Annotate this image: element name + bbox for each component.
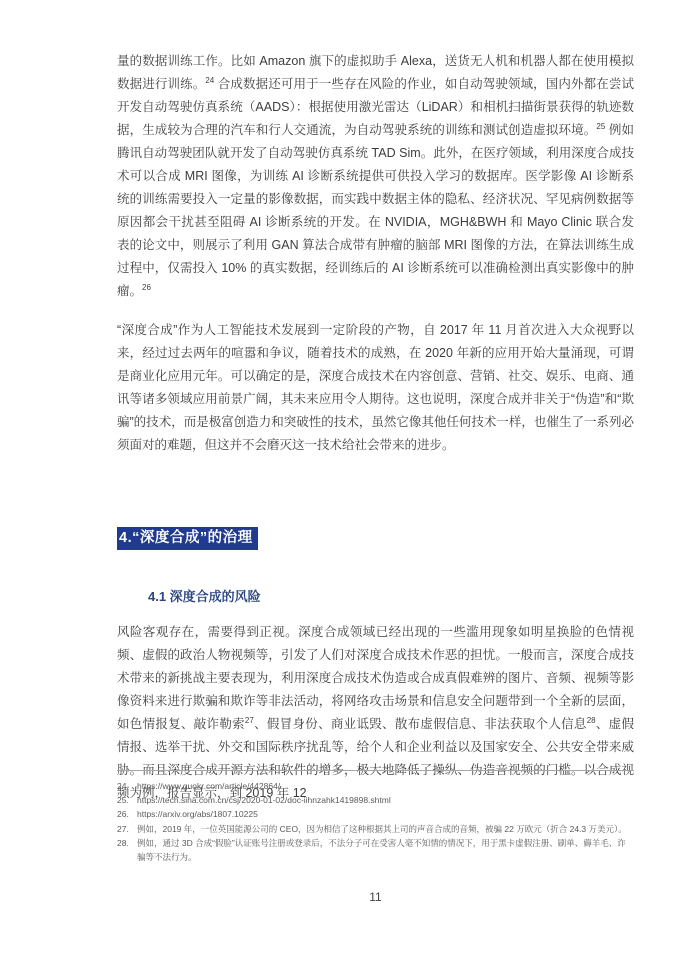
footnote-item-27: 27. 例如，2019 年，一位英国能源公司的 CEO，因为相信了这种根据其上司… (117, 822, 634, 836)
footnote-text: https://www.guokr.com/article/442864/ (137, 779, 634, 793)
footnote-ref-25: 25 (596, 122, 605, 131)
section-heading-highlight: 4.“深度合成”的治理 (117, 527, 258, 550)
footnote-ref-27: 27 (245, 715, 254, 724)
footnotes-section: 24. https://www.guokr.com/article/442864… (117, 770, 634, 864)
document-page: 量的数据训练工作。比如 Amazon 旗下的虚拟助手 Alexa，送货无人机和机… (0, 0, 700, 980)
footnote-text: 例如，2019 年，一位英国能源公司的 CEO，因为相信了这种根据其上司的声音合… (137, 822, 634, 836)
paragraph-text: 、假冒身份、商业诋毁、散布虚假信息、非法获取个人信息 (254, 717, 587, 731)
page-number: 11 (117, 890, 634, 904)
content-column: 量的数据训练工作。比如 Amazon 旗下的虚拟助手 Alexa，送货无人机和机… (117, 50, 634, 805)
paragraph-synthetic-data-uses: 量的数据训练工作。比如 Amazon 旗下的虚拟助手 Alexa，送货无人机和机… (117, 50, 634, 303)
footnote-number: 25. (117, 793, 137, 807)
paragraph-text: 例如腾讯自动驾驶团队就开发了自动驾驶仿真系统 TAD Sim。此外，在医疗领域，… (117, 123, 634, 298)
footnote-separator (117, 770, 634, 771)
footnote-ref-24: 24 (205, 76, 214, 85)
footnote-text: https://tech.sina.com.cn/csj/2020-01-02/… (137, 793, 634, 807)
footnote-item-28: 28. 例如，通过 3D 合成“假脸”认证账号注册或登录后，不法分子可在受害人毫… (117, 836, 634, 864)
paragraph-deep-synthesis-outlook: “深度合成”作为人工智能技术发展到一定阶段的产物，自 2017 年 11 月首次… (117, 319, 634, 457)
paragraph-text: 风险客观存在，需要得到正视。深度合成领域已经出现的一些滥用现象如明星换脸的色情视… (117, 625, 634, 731)
footnote-ref-26: 26 (142, 283, 151, 292)
subsection-heading-4-1: 4.1 深度合成的风险 (148, 586, 634, 605)
footnote-item-25: 25. https://tech.sina.com.cn/csj/2020-01… (117, 793, 634, 807)
footnote-text: 例如，通过 3D 合成“假脸”认证账号注册或登录后，不法分子可在受害人毫不知情的… (137, 836, 634, 864)
section-heading-4: 4.“深度合成”的治理 (117, 521, 634, 550)
footnote-item-26: 26. https://arxiv.org/abs/1807.10225 (117, 807, 634, 821)
footnote-number: 26. (117, 807, 137, 821)
footnote-number: 28. (117, 836, 137, 864)
footnote-text: https://arxiv.org/abs/1807.10225 (137, 807, 634, 821)
footnote-number: 24. (117, 779, 137, 793)
footnote-ref-28: 28 (587, 715, 596, 724)
footnote-number: 27. (117, 822, 137, 836)
footnote-item-24: 24. https://www.guokr.com/article/442864… (117, 779, 634, 793)
